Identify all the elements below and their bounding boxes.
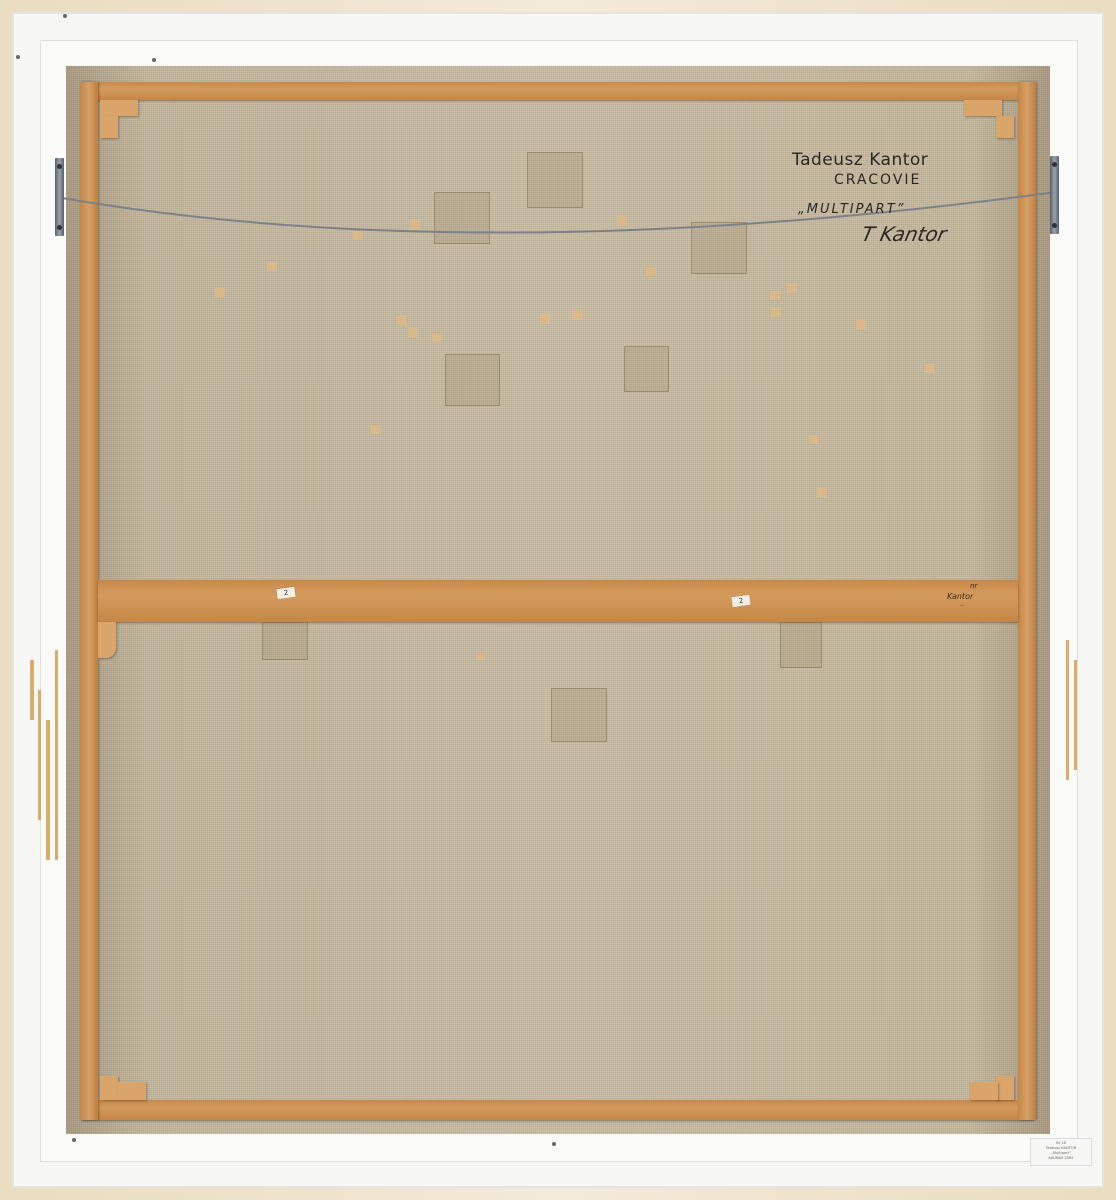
corner-key — [970, 1082, 998, 1100]
tape-bit — [408, 328, 418, 337]
collection-info-label: Nr 18 Tadeusz KANTOR „Multipart” KAUNAS … — [1030, 1138, 1092, 1166]
corner-key — [118, 1082, 146, 1100]
tape-bit — [215, 288, 225, 297]
canvas-patch — [780, 622, 822, 668]
paint-chip — [46, 720, 50, 860]
paint-chip — [1066, 640, 1069, 780]
corner-key — [964, 100, 1002, 116]
canvas-patch — [624, 346, 669, 392]
hanging-bracket-right — [1050, 156, 1059, 234]
frame-screw — [72, 1138, 76, 1142]
hanging-bracket-left — [55, 158, 64, 236]
frame-screw — [152, 58, 156, 62]
tape-bit — [370, 425, 380, 434]
crossbar-note-main: Kantor — [947, 592, 973, 601]
frame-screw — [16, 55, 20, 59]
paint-chip — [38, 690, 41, 820]
tape-bit — [787, 284, 797, 293]
frame-screw — [552, 1142, 556, 1146]
tape-bit — [432, 333, 442, 342]
paint-chip — [55, 650, 58, 860]
tape-bit — [770, 291, 780, 300]
label-line: KAUNAS 2082 — [1031, 1156, 1091, 1161]
tape-bit — [397, 316, 407, 325]
tape-bit — [771, 308, 781, 317]
paint-chip — [30, 660, 34, 720]
tape-bit — [925, 364, 935, 373]
canvas-patch — [551, 688, 607, 742]
inscription-artist: Tadeusz Kantor — [792, 150, 928, 170]
inscription-title: „MULTIPART” — [798, 202, 905, 217]
crossbar-note-small: ... — [960, 602, 965, 608]
canvas-patch — [262, 622, 308, 660]
paint-chip — [1074, 660, 1077, 770]
tape-bit — [267, 262, 277, 271]
tape-bit — [809, 435, 819, 444]
frame-screw — [63, 14, 67, 18]
tape-bit — [817, 488, 827, 497]
corner-key — [996, 1076, 1014, 1100]
corner-key — [100, 116, 118, 138]
tape-bit — [540, 314, 550, 323]
crossbar-wedge — [98, 622, 116, 658]
stretcher-top-bar — [82, 82, 1034, 100]
canvas-patch — [445, 354, 500, 406]
corner-key — [100, 1076, 118, 1100]
stretcher-crossbar — [98, 580, 1018, 622]
corner-key — [996, 116, 1014, 138]
crossbar-note-top: nr — [970, 582, 977, 590]
tape-bit — [573, 310, 583, 319]
tape-bit — [856, 320, 866, 329]
tape-bit — [646, 267, 656, 276]
stretcher-bottom-bar — [82, 1100, 1034, 1120]
signature: T Kantor — [859, 222, 948, 246]
inscription-city: CRACOVIE — [834, 172, 921, 188]
corner-key — [100, 100, 138, 116]
tape-bit — [477, 653, 485, 659]
